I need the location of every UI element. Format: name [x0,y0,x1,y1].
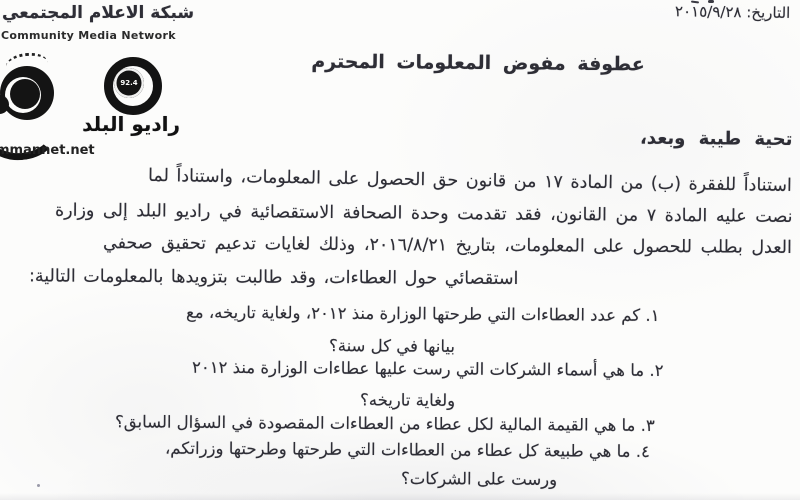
question-line: ٣. ما هي القيمة المالية لكل عطاء من العط… [115,412,655,435]
ammannet-url: mmannet.net [0,143,95,158]
question-line: ٤. ما هي طبيعة كل عطاء من العطاءات التي … [165,439,650,461]
date-label: التاريخ: [746,3,790,22]
org-name-english: Community Media Network [1,29,176,42]
question-line: بيانها في كل سنة؟ [329,336,455,356]
body-line: استناداً للفقرة (ب) من المادة ١٧ من قانو… [148,166,792,196]
body-line: نصت عليه المادة ٧ من القانون، فقد تقدمت … [55,201,793,227]
question-line: ١. كم عدد العطاءات التي طرحتها الوزارة م… [186,303,660,325]
date-value: ٢٠١٥/٩/٢٨ [675,2,742,21]
body-line: العدل بطلب للحصول على المعلومات، بتاريخ … [103,233,792,258]
radio-frequency-badge: 92.4 [114,68,144,98]
body-line: استقصائي حول العطاءات، وقد طالبت بتزويده… [29,266,519,289]
scan-dot-artifact [37,484,40,487]
question-line: ورست على الشركات؟ [401,469,557,489]
ammannet-core-dot-icon [10,79,40,109]
question-line: ولغاية تاريخه؟ [360,390,455,410]
question-line: ٢. ما هي أسماء الشركات التي رست عليها عط… [191,358,663,380]
scanned-letter-page: شبكة الاعلام المجتمعي Community Media Ne… [0,0,800,500]
org-name-arabic: شبكة الاعلام المجتمعي [2,3,194,23]
salutation: عطوفة مفوض المعلومات المحترم [300,50,656,75]
greeting: تحية طيبة وبعد، [639,128,792,150]
radio-frequency-label: 92.4 [120,79,137,87]
radio-name-label: راديو البلد [84,112,180,136]
date-line: التاريخ: ٢٠١٥/٩/٢٨ [675,2,791,22]
